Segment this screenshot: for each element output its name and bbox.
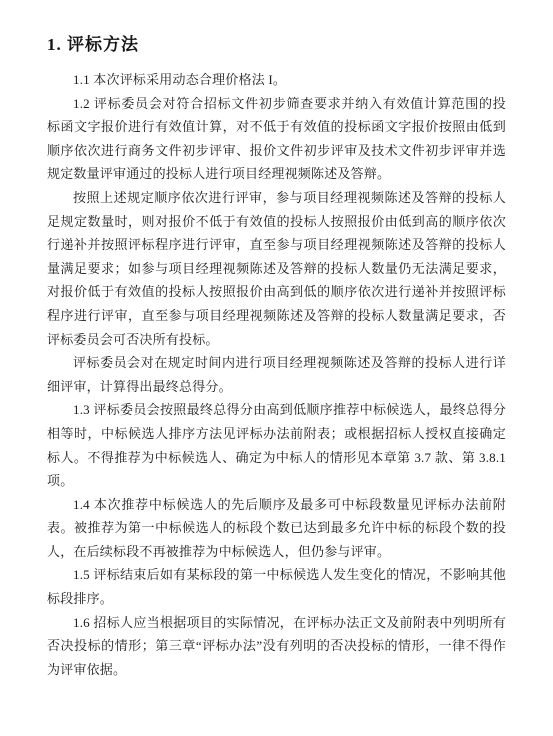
doc-line: 1.4 本次推荐中标候选人的先后顺序及最多可中标段数量见评标办法前附 xyxy=(47,493,506,517)
paragraph-1-4: 1.4 本次推荐中标候选人的先后顺序及最多可中标段数量见评标办法前附 表。被推荐… xyxy=(47,493,506,564)
paragraph-supplement-order: 按照上述规定顺序依次进行评审，参与项目经理视频陈述及答辩的投标人不 足规定数量时… xyxy=(47,186,506,351)
doc-line: 为评审依据。 xyxy=(47,658,506,682)
doc-line: 足规定数量时，则对报价不低于有效值的投标人按照报价由低到高的顺序依次进 xyxy=(47,210,506,234)
doc-line: 行递补并按照评标程序进行评审，直至参与项目经理视频陈述及答辩的投标人数 xyxy=(47,233,506,257)
paragraph-1-5: 1.5 评标结束后如有某标段的第一中标候选人发生变化的情况，不影响其他 标段排序… xyxy=(47,563,506,610)
doc-line: 对报价低于有效值的投标人按照报价由高到低的顺序依次进行递补并按照评标 xyxy=(47,280,506,304)
doc-line: 顺序依次进行商务文件初步评审、报价文件初步评审及技术文件初步评审并选择 xyxy=(47,139,506,163)
doc-line: 量满足要求；如参与项目经理视频陈述及答辩的投标人数量仍无法满足要求，则 xyxy=(47,257,506,281)
section-title: 1. 评标方法 xyxy=(47,32,506,58)
paragraph-1-1: 1.1 本次评标采用动态合理价格法 I。 xyxy=(47,68,506,92)
doc-line: 评标委员会对在规定时间内进行项目经理视频陈述及答辩的投标人进行详 xyxy=(47,351,506,375)
doc-line: 表。被推荐为第一中标候选人的标段个数已达到最多允许中标的标段个数的投标 xyxy=(47,516,506,540)
doc-line: 规定数量评审通过的投标人进行项目经理视频陈述及答辩。 xyxy=(47,162,506,186)
doc-line: 项。 xyxy=(47,469,506,493)
document-content: 1. 评标方法 1.1 本次评标采用动态合理价格法 I。 1.2 评标委员会对符… xyxy=(47,32,506,681)
doc-line: 相等时，中标候选人排序方法见评标办法前附表；或根据招标人授权直接确定中 xyxy=(47,422,506,446)
paragraph-1-3: 1.3 评标委员会按照最终总得分由高到低顺序推荐中标候选人，最终总得分 相等时，… xyxy=(47,398,506,492)
doc-line: 程序进行评审，直至参与项目经理视频陈述及答辩的投标人数量满足要求，否则 xyxy=(47,304,506,328)
doc-line: 细评审，计算得出最终总得分。 xyxy=(47,375,506,399)
paragraph-1-6: 1.6 招标人应当根据项目的实际情况，在评标办法正文及前附表中列明所有 否决投标… xyxy=(47,611,506,682)
doc-line: 1.6 招标人应当根据项目的实际情况，在评标办法正文及前附表中列明所有 xyxy=(47,611,506,635)
paragraph-detailed-review: 评标委员会对在规定时间内进行项目经理视频陈述及答辩的投标人进行详 细评审，计算得… xyxy=(47,351,506,398)
doc-line: 评标委员会可否决所有投标。 xyxy=(47,328,506,352)
paragraph-1-2: 1.2 评标委员会对符合招标文件初步筛查要求并纳入有效值计算范围的投 标函文字报… xyxy=(47,92,506,186)
doc-line: 标人。不得推荐为中标候选人、确定为中标人的情形见本章第 3.7 款、第 3.8.… xyxy=(47,446,506,470)
doc-line: 1.3 评标委员会按照最终总得分由高到低顺序推荐中标候选人，最终总得分 xyxy=(47,398,506,422)
doc-line: 标段排序。 xyxy=(47,587,506,611)
doc-line: 1.2 评标委员会对符合招标文件初步筛查要求并纳入有效值计算范围的投 xyxy=(47,92,506,116)
document-page: 1. 评标方法 1.1 本次评标采用动态合理价格法 I。 1.2 评标委员会对符… xyxy=(0,0,553,736)
doc-line: 否决投标的情形；第三章“评标办法”没有列明的否决投标的情形，一律不得作 xyxy=(47,634,506,658)
doc-line: 标函文字报价进行有效值计算，对不低于有效值的投标函文字报价按照由低到高 xyxy=(47,115,506,139)
doc-line: 人，在后续标段不再被推荐为中标候选人，但仍参与评审。 xyxy=(47,540,506,564)
doc-line: 1.5 评标结束后如有某标段的第一中标候选人发生变化的情况，不影响其他 xyxy=(47,563,506,587)
doc-line: 按照上述规定顺序依次进行评审，参与项目经理视频陈述及答辩的投标人不 xyxy=(47,186,506,210)
doc-line: 1.1 本次评标采用动态合理价格法 I。 xyxy=(47,68,506,92)
